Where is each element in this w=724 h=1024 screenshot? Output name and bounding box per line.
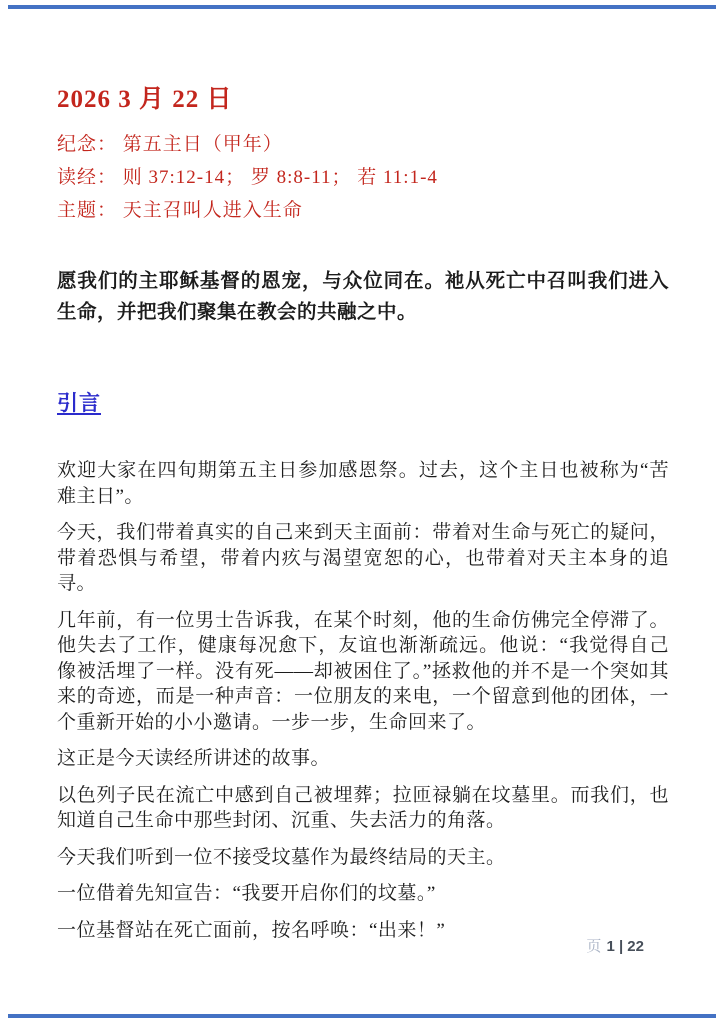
body-paragraph: 今天，我们带着真实的自己来到天主面前：带着对生命与死亡的疑问，带着恐惧与希望，带… — [57, 520, 669, 597]
footer-page-number: 1 | 22 — [606, 938, 644, 955]
page-border-bottom — [8, 1014, 716, 1018]
greeting-paragraph: 愿我们的主耶稣基督的恩宠，与众位同在。祂从死亡中召叫我们进入生命，并把我们聚集在… — [57, 266, 669, 328]
meta-line-commemoration: 纪念： 第五主日（甲年） — [57, 128, 669, 161]
date-heading: 2026 3 月 22 日 — [57, 86, 669, 114]
document-content: 2026 3 月 22 日 纪念： 第五主日（甲年） 读经： 则 37:12-1… — [57, 86, 669, 954]
section-heading-intro: 引言 — [57, 392, 101, 415]
meta-line-theme: 主题： 天主召叫人进入生命 — [57, 194, 669, 227]
body-text: 欢迎大家在四旬期第五主日参加感恩祭。过去，这个主日也被称为“苦难主日”。 今天，… — [57, 458, 669, 943]
meta-line-readings: 读经： 则 37:12-14； 罗 8:8-11； 若 11:1-4 — [57, 161, 669, 194]
body-paragraph: 一位基督站在死亡面前，按名呼唤：“出来！” — [57, 918, 669, 944]
document-page: 2026 3 月 22 日 纪念： 第五主日（甲年） 读经： 则 37:12-1… — [0, 0, 724, 1024]
page-footer: 页1 | 22 — [586, 938, 644, 955]
body-paragraph: 以色列子民在流亡中感到自己被埋葬；拉匝禄躺在坟墓里。而我们，也知道自己生命中那些… — [57, 783, 669, 834]
body-paragraph: 一位借着先知宣告：“我要开启你们的坟墓。” — [57, 881, 669, 907]
page-border-top — [8, 5, 716, 9]
body-paragraph: 这正是今天读经所讲述的故事。 — [57, 746, 669, 772]
body-paragraph: 欢迎大家在四旬期第五主日参加感恩祭。过去，这个主日也被称为“苦难主日”。 — [57, 458, 669, 509]
footer-page-label: 页 — [586, 938, 601, 955]
body-paragraph: 几年前，有一位男士告诉我，在某个时刻，他的生命仿佛完全停滞了。他失去了工作，健康… — [57, 608, 669, 736]
body-paragraph: 今天我们听到一位不接受坟墓作为最终结局的天主。 — [57, 845, 669, 871]
